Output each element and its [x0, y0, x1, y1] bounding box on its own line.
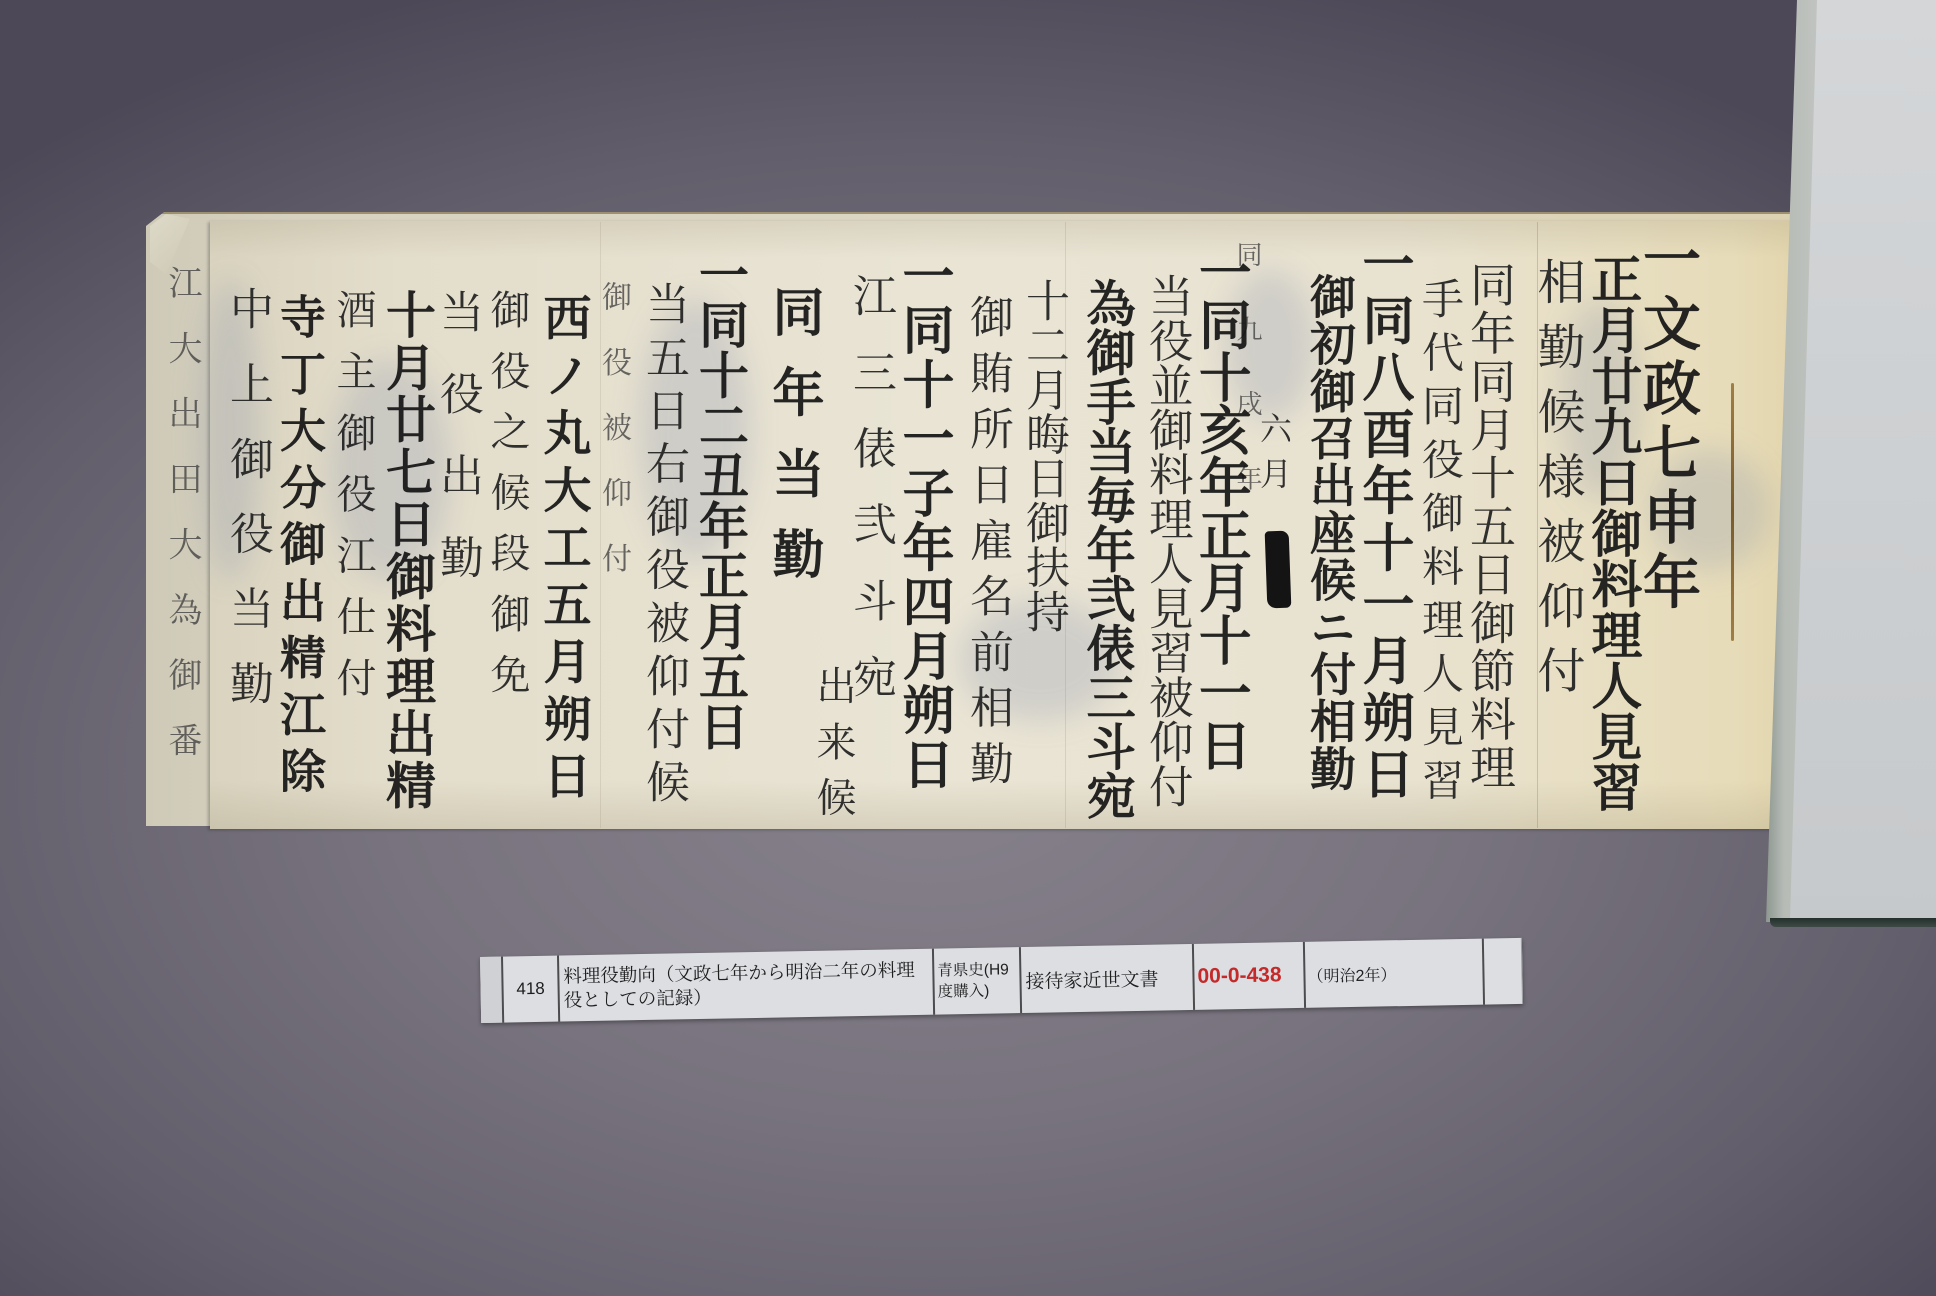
handwriting-column: 為御手当毎年弐俵三斗宛 [1082, 278, 1131, 820]
handwriting-column: 一文政七申年 [1638, 229, 1696, 616]
handwriting-column: 一同十亥年正月十一日 [1194, 245, 1247, 771]
handwriting-column: 出来候 [813, 665, 853, 832]
acquisition-source-line-2: 度購入) [938, 981, 990, 1003]
catalog-label: 418 料理役勤向（文政七年から明治二年の料理 役としての記録） 青県史(H9 … [480, 938, 1523, 1023]
handwriting-column: 十二月晦日御扶持 [1021, 278, 1065, 633]
handwriting-column: 十月廿七日御料理出精 [382, 289, 432, 812]
handwriting-column: 西ノ丸大工五月朔日 [539, 293, 587, 808]
handwriting-column: 正月廿九日御料理人見習 [1588, 253, 1639, 812]
handwriting-column: 手代同役御料理人見習 [1419, 277, 1461, 812]
handwriting-annotation: 六月 [1258, 412, 1290, 502]
handwriting-column: 当五日右御役被仰付候 [641, 281, 685, 812]
document-title-line-2: 役としての記録） [564, 986, 712, 1013]
blank-cell [1482, 938, 1523, 1005]
handwriting-column: 御初御召出座候ニ付相勤 [1307, 273, 1353, 792]
handwriting-column: 御賄所日雇名前相勤 [965, 294, 1009, 796]
acquisition-source: 青県史(H9 度購入) [932, 947, 1020, 1015]
catalog-number: 418 [501, 956, 558, 1023]
handwriting-column: 江三俵弐斗宛 [848, 273, 892, 730]
document-date: （明治2年） [1303, 939, 1483, 1008]
ink-blot [1265, 531, 1292, 609]
handwriting-column: 同年当勤 [767, 285, 819, 608]
handwriting-column: 中上御役当勤 [225, 286, 269, 735]
photo-scene: 一文政七申年 正月廿九日御料理人見習 相勤候様被仰付 同年同月十五日御節料理 手… [0, 0, 1936, 1296]
handwriting-column: 酒主御役江仕付 [333, 289, 373, 718]
collection-name: 接待家近世文書 [1019, 944, 1193, 1013]
handwriting-column: 当役出勤 [435, 289, 479, 616]
paper-slit [1731, 383, 1734, 641]
handwriting-column: 相勤候様被仰付 [1533, 257, 1581, 710]
handwriting-column: 一同八酉年十一月朔日 [1357, 237, 1409, 804]
catalog-code: 00-0-438 [1192, 942, 1304, 1010]
acquisition-source-line-1: 青県史(H9 [937, 959, 1009, 981]
document-title: 料理役勤向（文政七年から明治二年の料理 役としての記録） [557, 949, 933, 1022]
handwriting-column: 一同十二丑年正月五日 [695, 249, 745, 751]
document-title-line-1: 料理役勤向（文政七年から明治二年の料理 [563, 958, 915, 988]
handwriting-column: 一同十一子年四月朔日 [897, 249, 949, 792]
handwriting-column: 御役之候段御免 [487, 289, 527, 714]
book-bottom-edge [1770, 918, 1936, 927]
handwriting-column: 当役並御料理人見習被仰付 [1145, 273, 1190, 808]
handwriting-column: 御役被仰付 [598, 281, 628, 608]
handwriting-column-back-sheet: 江大出田大為御番 [165, 265, 199, 788]
handwriting-column: 寺丁大分御出精江除 [277, 293, 323, 804]
handwriting-column: 同年同月十五日御節料理 [1467, 261, 1513, 792]
label-index-strip [480, 957, 502, 1023]
